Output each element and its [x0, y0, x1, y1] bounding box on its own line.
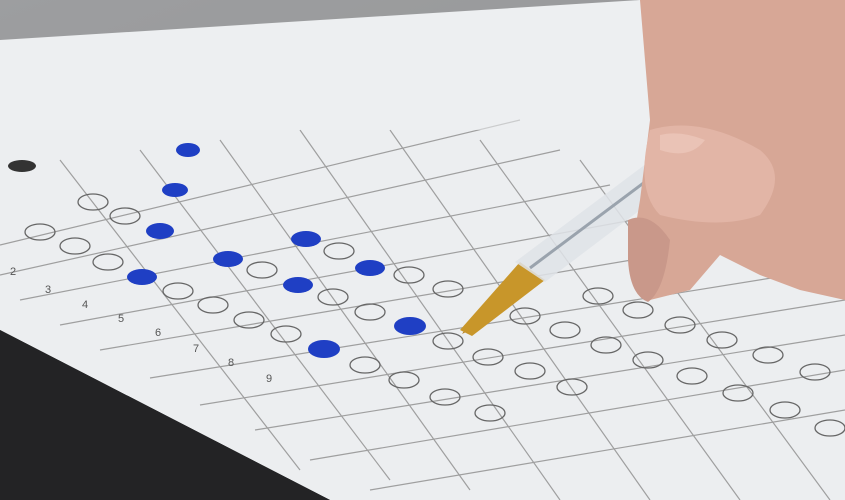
row-number: 3 — [45, 284, 51, 296]
filled-bubble-dark — [8, 160, 36, 172]
row-number: 2 — [10, 266, 16, 278]
row-number: 5 — [118, 313, 124, 325]
filled-bubble — [394, 317, 426, 335]
filled-bubble — [213, 251, 243, 267]
photo-scene: 2 3 4 5 6 7 8 9 — [0, 0, 845, 500]
row-number: 7 — [193, 343, 199, 355]
filled-bubble — [127, 269, 157, 285]
filled-bubble — [355, 260, 385, 276]
row-number: 4 — [82, 299, 88, 311]
row-number: 8 — [228, 357, 234, 369]
answer-sheet: 2 3 4 5 6 7 8 9 — [0, 0, 845, 500]
row-number: 9 — [266, 373, 272, 385]
filled-bubble — [176, 143, 200, 157]
filled-bubble — [291, 231, 321, 247]
filled-bubble — [283, 277, 313, 293]
filled-bubble — [162, 183, 188, 197]
row-number: 6 — [155, 327, 161, 339]
filled-bubble — [146, 223, 174, 239]
filled-bubble — [308, 340, 340, 358]
hand — [628, 0, 845, 302]
